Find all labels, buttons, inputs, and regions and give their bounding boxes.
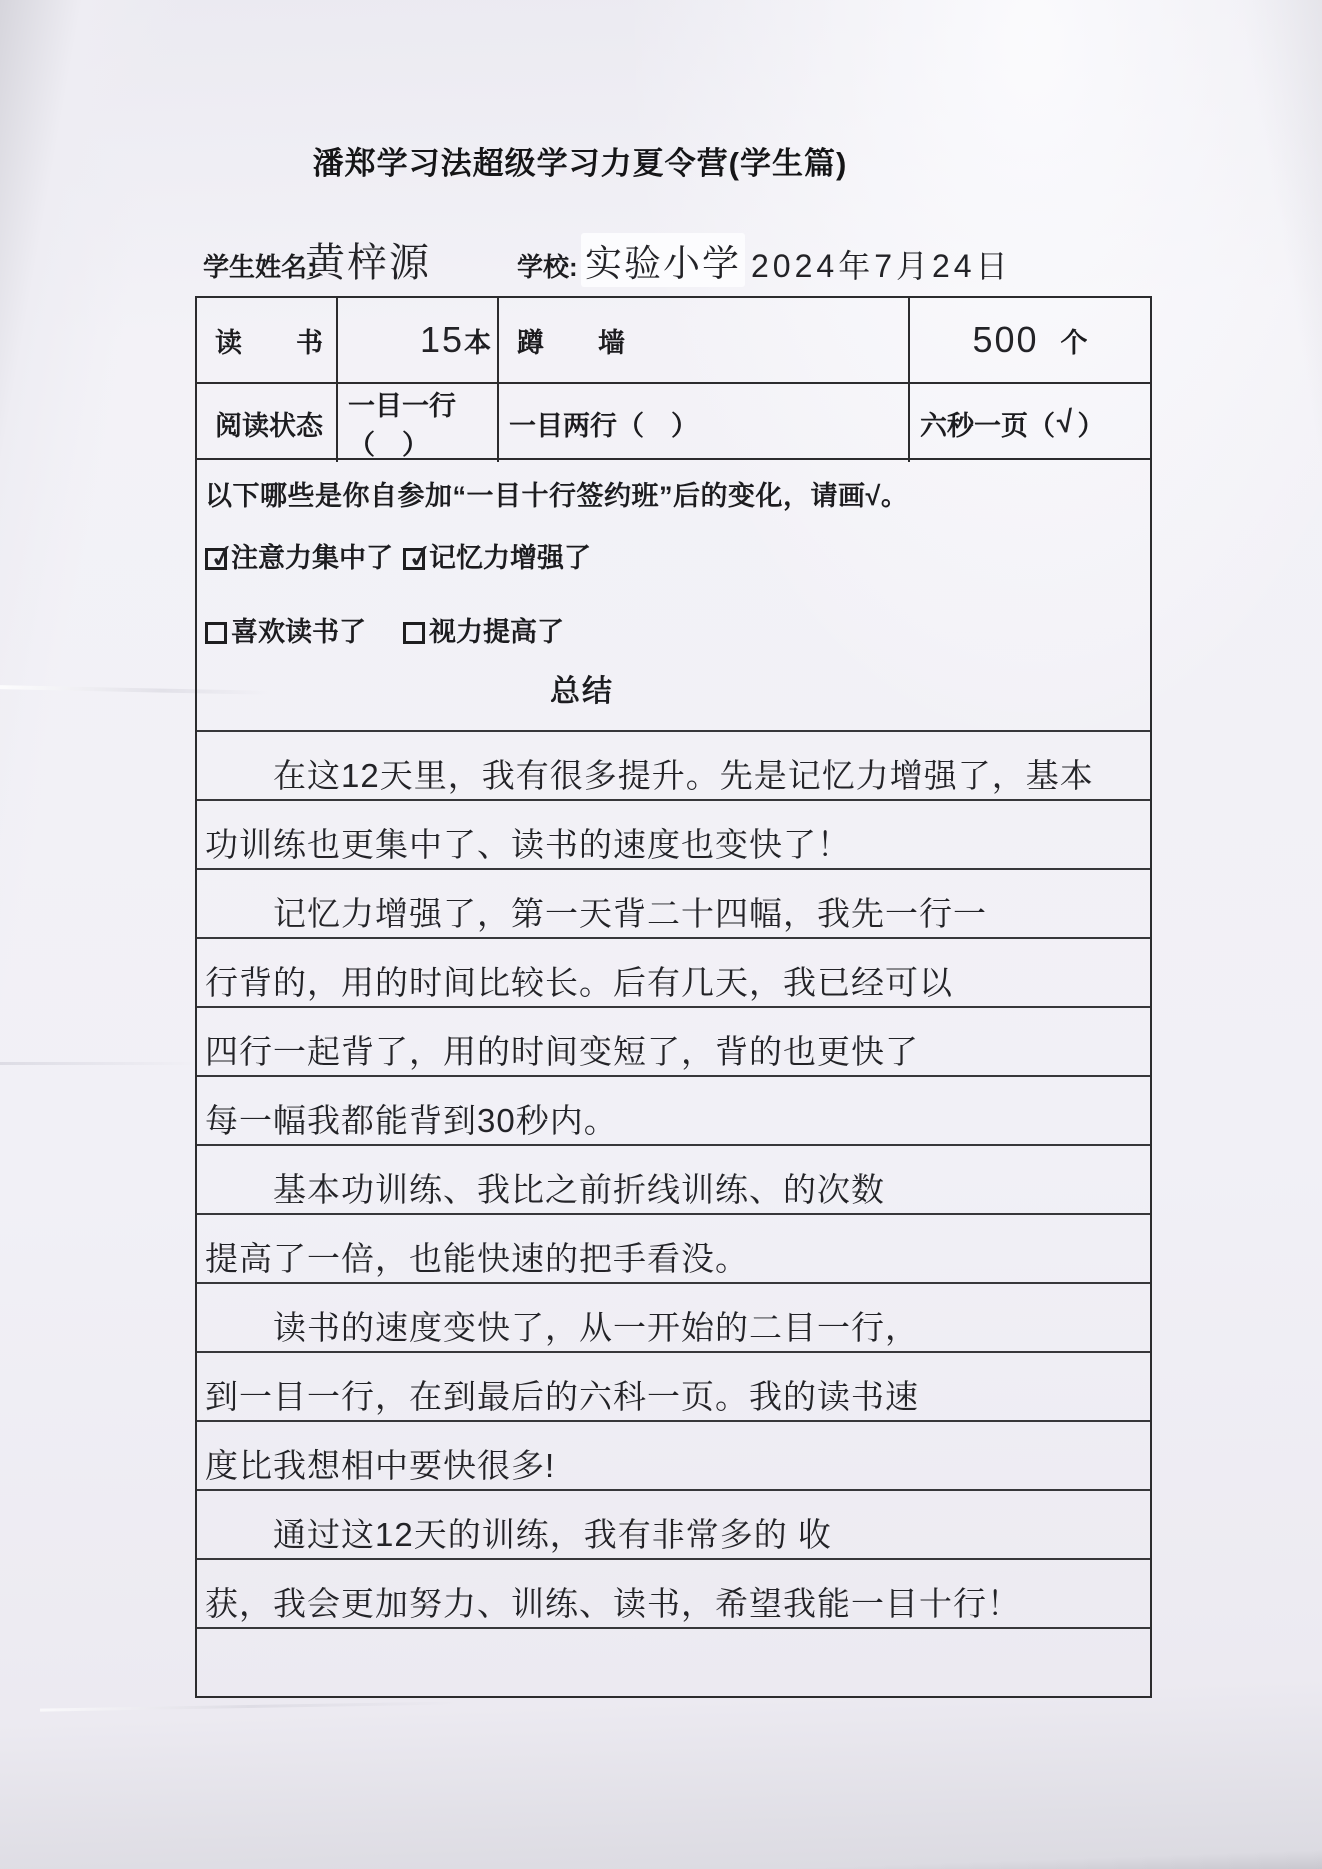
essay-line-text: 获，我会更加努力、训练、读书，希望我能一目十行！ <box>205 1586 1021 1622</box>
stats-row-counts: 读 书 15 本 蹲 墙 500 个 <box>197 298 1150 382</box>
essay-line-text: 行背的，用的时间比较长。后有几天，我已经可以 <box>205 965 953 1001</box>
essay-line: 通过这12天的训练，我有非常多的 收 <box>197 1489 1150 1558</box>
survey-section: 以下哪些是你自参加“一目十行签约班”后的变化，请画√。 ✓注意力集中了 ✓记忆力… <box>197 458 1150 730</box>
option-one-line-per-glance: 一目一行（ ） <box>336 384 497 462</box>
option-label: 记忆力增强了 <box>429 543 591 573</box>
student-name-label: 学生姓名: <box>203 247 316 284</box>
six-seconds-check-mark: √ <box>1055 405 1077 441</box>
reading-books-label: 读 书 <box>197 298 336 382</box>
essay-line-text: 记忆力增强了，第一天背二十四幅，我先一行一 <box>205 896 987 932</box>
checkbox-icon: ✓ <box>205 548 227 570</box>
stats-row-reading-state: 阅读状态 一目一行（ ） 一目两行（ ） 六秒一页（ √ ） <box>197 382 1150 458</box>
essay-line: 在这12天里，我有很多提升。先是记忆力增强了，基本 <box>197 730 1150 799</box>
school-name-handwritten: 实验小学 <box>581 233 745 287</box>
essay-line-text: 提高了一倍，也能快速的把手看没。 <box>205 1241 749 1277</box>
essay-line: 读书的速度变快了，从一开始的二目一行， <box>197 1282 1150 1351</box>
checkbox-icon: ✓ <box>403 622 425 644</box>
option-six-seconds-per-page: 六秒一页（ √ ） <box>908 384 1150 462</box>
form-title: 潘郑学习法超级学习力夏令营(学生篇) <box>195 138 965 183</box>
checkbox-icon: ✓ <box>205 622 227 644</box>
essay-line-text: 读书的速度变快了，从一开始的二目一行， <box>205 1310 919 1346</box>
essay-line-text: 每一幅我都能背到30秒内。 <box>205 1103 618 1139</box>
essay-line: 每一幅我都能背到30秒内。 <box>197 1075 1150 1144</box>
essay-line: 提高了一倍，也能快速的把手看没。 <box>197 1213 1150 1282</box>
squat-count-handwritten: 500 <box>972 319 1038 361</box>
essay-line-text: 功训练也更集中了、读书的速度也变快了！ <box>205 827 851 863</box>
wall-squat-value-cell: 500 个 <box>908 298 1150 382</box>
essay-line: 四行一起背了，用的时间变短了，背的也更快了 <box>197 1006 1150 1075</box>
essay-line-empty <box>197 1627 1150 1696</box>
paper-crease <box>0 1062 200 1065</box>
essay-line-text: 到一目一行，在到最后的六科一页。我的读书速 <box>205 1379 919 1415</box>
form-table: 读 书 15 本 蹲 墙 500 个 阅读状态 一目一行（ ） 一目两行（ ） … <box>195 296 1152 1698</box>
essay-line: 记忆力增强了，第一天背二十四幅，我先一行一 <box>197 868 1150 937</box>
option-label: 注意力集中了 <box>231 543 393 573</box>
essay-line-text: 度比我想相中要快很多! <box>205 1448 555 1484</box>
six-seconds-label-post: ） <box>1077 404 1104 443</box>
check-mark-icon: ✓ <box>206 535 241 577</box>
essay-line-text: 通过这12天的训练，我有非常多的 收 <box>205 1517 832 1553</box>
essay-line: 功训练也更集中了、读书的速度也变快了！ <box>197 799 1150 868</box>
student-info-row: 学生姓名: 黄梓源 学校: 实验小学 2024年7月24日 <box>195 233 1152 295</box>
reading-state-label: 阅读状态 <box>197 384 336 462</box>
essay-line-text: 基本功训练、我比之前折线训练、的次数 <box>205 1172 885 1208</box>
essay-line: 到一目一行，在到最后的六科一页。我的读书速 <box>197 1351 1150 1420</box>
option-label: 视力提高了 <box>429 617 564 647</box>
checkbox-option-eyesight: ✓视力提高了 <box>403 610 564 649</box>
summary-essay: 在这12天里，我有很多提升。先是记忆力增强了，基本 功训练也更集中了、读书的速度… <box>197 730 1150 1696</box>
school-label: 学校: <box>517 247 578 284</box>
books-count-handwritten: 15 <box>420 319 464 361</box>
date-handwritten: 2024年7月24日 <box>751 241 1012 287</box>
check-mark-icon: ✓ <box>404 535 439 577</box>
essay-line: 行背的，用的时间比较长。后有几天，我已经可以 <box>197 937 1150 1006</box>
survey-prompt: 以下哪些是你自参加“一目十行签约班”后的变化，请画√。 <box>205 474 1150 513</box>
student-name-handwritten: 黄梓源 <box>305 231 431 288</box>
essay-line: 度比我想相中要快很多! <box>197 1420 1150 1489</box>
books-unit: 本 <box>464 321 491 360</box>
six-seconds-label-pre: 六秒一页（ <box>920 404 1055 443</box>
scanned-form-page: 潘郑学习法超级学习力夏令营(学生篇) 学生姓名: 黄梓源 学校: 实验小学 20… <box>0 0 1322 1869</box>
checkbox-option-memory: ✓记忆力增强了 <box>403 536 591 575</box>
checkbox-option-attention: ✓注意力集中了 <box>205 536 393 575</box>
wall-squat-label: 蹲 墙 <box>497 298 908 382</box>
summary-heading: 总结 <box>197 666 967 710</box>
checkbox-option-love-reading: ✓喜欢读书了 <box>205 610 366 649</box>
squat-unit: 个 <box>1061 321 1088 360</box>
option-label: 喜欢读书了 <box>231 617 366 647</box>
essay-line-text: 在这12天里，我有很多提升。先是记忆力增强了，基本 <box>205 758 1094 794</box>
essay-line: 获，我会更加努力、训练、读书，希望我能一目十行！ <box>197 1558 1150 1627</box>
essay-line: 基本功训练、我比之前折线训练、的次数 <box>197 1144 1150 1213</box>
option-two-lines-per-glance: 一目两行（ ） <box>497 384 908 462</box>
essay-line-text: 四行一起背了，用的时间变短了，背的也更快了 <box>205 1034 919 1070</box>
checkbox-icon: ✓ <box>403 548 425 570</box>
reading-books-value-cell: 15 本 <box>336 298 497 382</box>
